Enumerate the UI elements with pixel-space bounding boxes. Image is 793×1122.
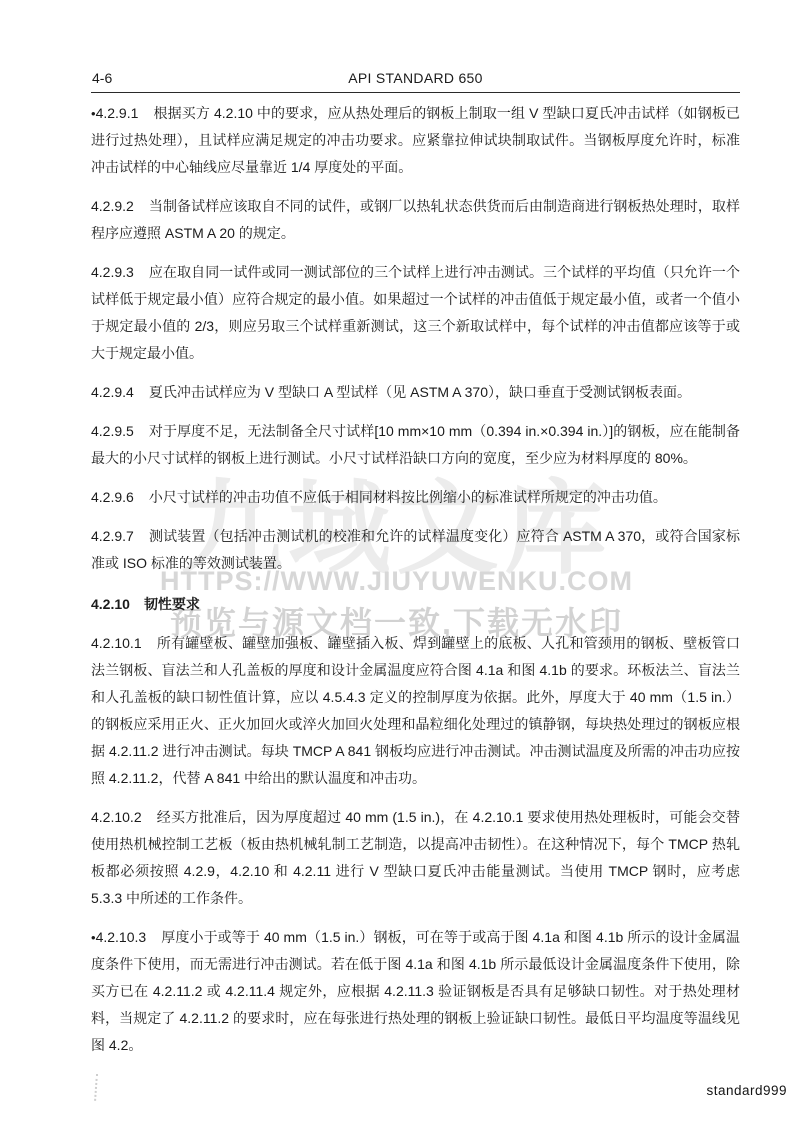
page-header: 4-6 API STANDARD 650 [91,70,740,93]
para-4-2-9-2: 4.2.9.2当制备试样应该取自不同的试件，或钢厂以热轧状态供货而后由制造商进行… [91,193,740,247]
clause-text: 应在取自同一试件或同一测试部位的三个试样上进行冲击测试。三个试样的平均值（只允许… [91,264,740,361]
para-4-2-10-1: 4.2.10.1所有罐壁板、罐壁加强板、罐壁插入板、焊到罐壁上的底板、人孔和管颈… [91,630,740,792]
uploader-credit: standard999 [706,1083,787,1098]
heading-number: 4.2.10 [91,596,130,612]
scan-artifact [94,1074,101,1101]
clause-number: 4.2.9.2 [91,198,134,214]
clause-text: 所有罐壁板、罐壁加强板、罐壁插入板、焊到罐壁上的底板、人孔和管颈用的钢板、壁板管… [91,635,740,786]
clause-text: 夏氏冲击试样应为 V 型缺口 A 型试样（见 ASTM A 370），缺口垂直于… [149,384,691,400]
clause-number: 4.2.9.6 [91,489,134,505]
clause-number: 4.2.10.3 [96,929,147,945]
page-number: 4-6 [92,70,112,86]
para-4-2-9-1: •4.2.9.1根据买方 4.2.10 中的要求，应从热处理后的钢板上制取一组 … [91,100,740,181]
clause-number: 4.2.9.3 [91,264,134,280]
para-4-2-9-4: 4.2.9.4夏氏冲击试样应为 V 型缺口 A 型试样（见 ASTM A 370… [91,379,740,406]
clause-text: 根据买方 4.2.10 中的要求，应从热处理后的钢板上制取一组 V 型缺口夏氏冲… [91,105,740,175]
para-4-2-9-5: 4.2.9.5对于厚度不足，无法制备全尺寸试样[10 mm×10 mm（0.39… [91,418,740,472]
clause-number: 4.2.9.1 [96,105,139,121]
para-4-2-9-6: 4.2.9.6小尺寸试样的冲击功值不应低于相同材料按比例缩小的标准试样所规定的冲… [91,484,740,511]
clause-text: 当制备试样应该取自不同的试件，或钢厂以热轧状态供货而后由制造商进行钢板热处理时，… [91,198,740,241]
heading-title: 韧性要求 [144,596,200,612]
para-4-2-9-3: 4.2.9.3应在取自同一试件或同一测试部位的三个试样上进行冲击测试。三个试样的… [91,259,740,367]
clause-text: 小尺寸试样的冲击功值不应低于相同材料按比例缩小的标准试样所规定的冲击功值。 [149,489,667,505]
clause-number: 4.2.10.2 [91,809,142,825]
clause-text: 测试装置（包括冲击测试机的校准和允许的试样温度变化）应符合 ASTM A 370… [91,528,740,571]
clause-number: 4.2.9.5 [91,423,134,439]
heading-4-2-10: 4.2.10韧性要求 [91,591,740,618]
clause-number: 4.2.9.7 [91,528,134,544]
clause-text: 经买方批准后，因为厚度超过 40 mm (1.5 in.)，在 4.2.10.1… [91,809,740,906]
para-4-2-9-7: 4.2.9.7测试装置（包括冲击测试机的校准和允许的试样温度变化）应符合 AST… [91,523,740,577]
document-page: 4-6 API STANDARD 650 •4.2.9.1根据买方 4.2.10… [91,70,740,1059]
para-4-2-10-2: 4.2.10.2经买方批准后，因为厚度超过 40 mm (1.5 in.)，在 … [91,804,740,912]
para-4-2-10-3: •4.2.10.3厚度小于或等于 40 mm（1.5 in.）钢板，可在等于或高… [91,924,740,1059]
clause-text: 对于厚度不足，无法制备全尺寸试样[10 mm×10 mm（0.394 in.×0… [91,423,740,466]
clause-number: 4.2.9.4 [91,384,134,400]
clause-number: 4.2.10.1 [91,635,142,651]
document-title: API STANDARD 650 [348,70,482,86]
clause-text: 厚度小于或等于 40 mm（1.5 in.）钢板，可在等于或高于图 4.1a 和… [91,929,740,1053]
